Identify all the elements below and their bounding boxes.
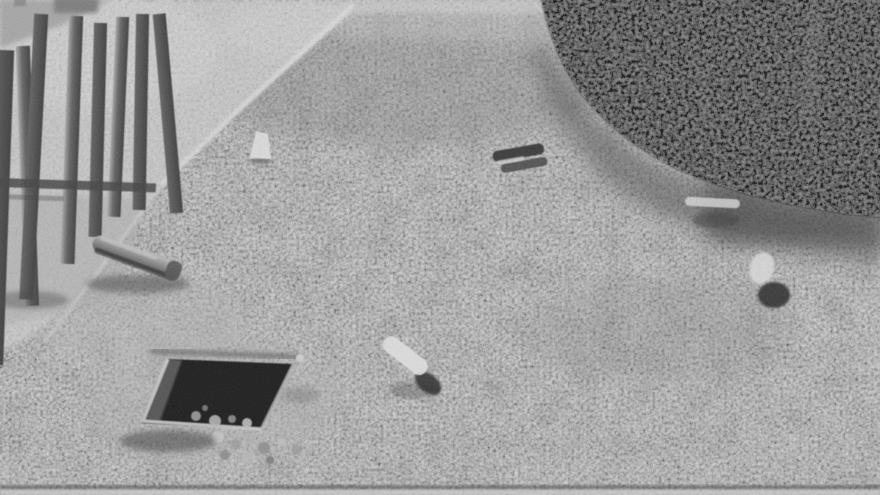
- film-grain-overlay: [0, 0, 880, 495]
- bottom-light-strip: [0, 490, 880, 495]
- photograph: [0, 0, 880, 495]
- bottom-dark-line: [0, 485, 880, 490]
- photo-frame: [0, 0, 880, 495]
